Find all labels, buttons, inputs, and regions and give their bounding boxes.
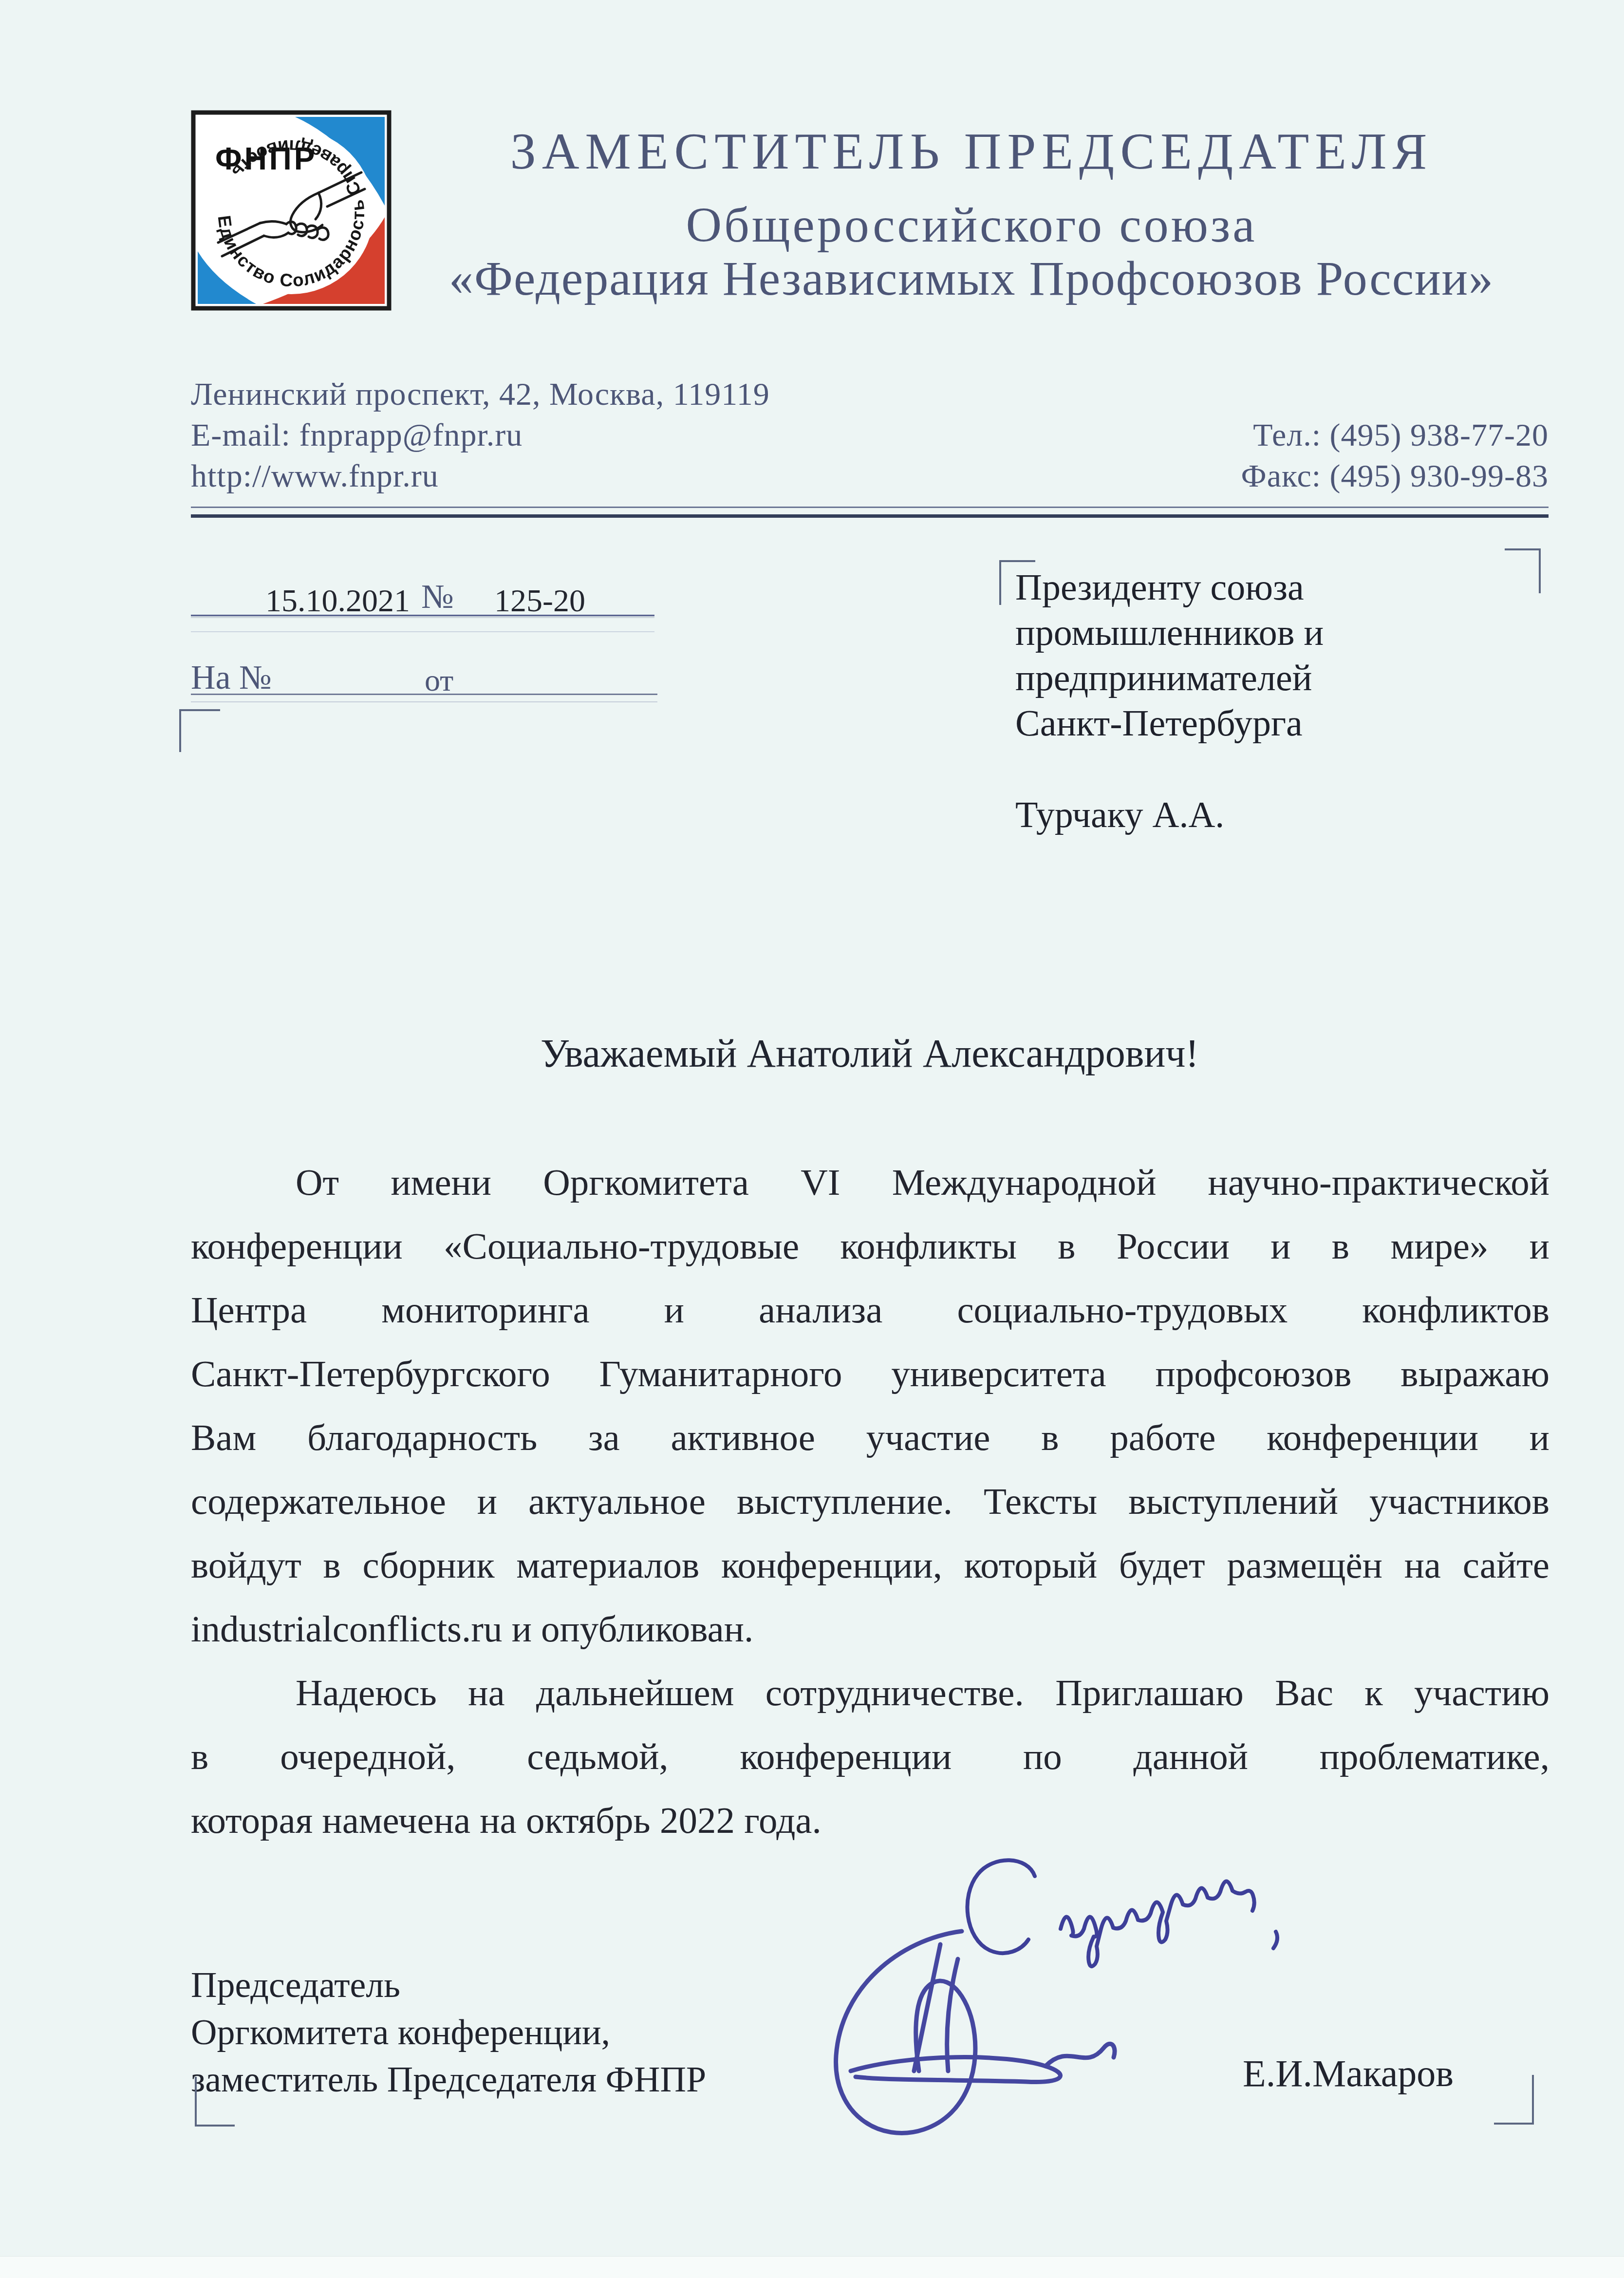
scan-edge-band	[0, 2256, 1624, 2278]
reply-underline	[191, 694, 657, 695]
recipient-line: Санкт-Петербурга	[1015, 701, 1527, 746]
recipient-block: Президенту союза промышленников и предпр…	[1015, 565, 1527, 746]
body-line: industrialconflicts.ru и опубликован.	[191, 1597, 1549, 1661]
body-line: Вам благодарность за активное участие в …	[191, 1406, 1549, 1469]
number-sign: №	[421, 578, 454, 617]
signer-name: Е.И.Макаров	[1243, 2052, 1454, 2095]
body-line: войдут в сборник материалов конференции,…	[191, 1533, 1549, 1597]
signature-scribble	[752, 1909, 1142, 2158]
body-line: конференции «Социально-трудовые конфликт…	[191, 1214, 1549, 1278]
body-line: Санкт-Петербургского Гуманитарного униве…	[191, 1342, 1549, 1406]
body-line: которая намечена на октябрь 2022 года.	[191, 1789, 1549, 1852]
postal-address: Ленинский проспект, 42, Москва, 119119	[191, 376, 770, 413]
from-label: от	[425, 662, 453, 698]
recipient-name: Турчаку А.А.	[1015, 794, 1224, 836]
reply-to-label: На №	[191, 659, 272, 697]
letter-date: 15.10.2021	[265, 583, 410, 620]
letter-number: 125-20	[494, 583, 585, 620]
phone-line: Тел.: (495) 938-77-20	[1253, 417, 1549, 454]
date-underline	[191, 615, 654, 618]
signer-title-line: заместитель Председателя ФНПР	[191, 2056, 706, 2104]
body-line: Центра мониторинга и анализа социально-т…	[191, 1278, 1549, 1342]
signer-title-line: Председатель	[191, 1962, 706, 2009]
body-line: содержательное и актуальное выступление.…	[191, 1469, 1549, 1533]
letterhead-subtitle: Общероссийского союза	[390, 197, 1553, 254]
email-line: E-mail: fnprapp@fnpr.ru	[191, 417, 523, 454]
signer-title-line: Оргкомитета конференции,	[191, 2009, 706, 2056]
website-line: http://www.fnpr.ru	[191, 458, 439, 495]
corner-mark-bottom-right	[1494, 2075, 1534, 2125]
fax-line: Факс: (495) 930-99-83	[1241, 458, 1549, 495]
corner-mark-bottom-left	[195, 2077, 235, 2127]
salutation: Уважаемый Анатолий Александрович!	[191, 1031, 1549, 1076]
fnpr-logo: ФНПР Единство Солидарность Справедливост…	[191, 110, 392, 311]
body-line: Надеюсь на дальнейшем сотрудничестве. Пр…	[191, 1661, 1549, 1725]
letterhead-organization: «Федерация Независимых Профсоюзов России…	[390, 250, 1553, 306]
recipient-line: промышленников и	[1015, 610, 1527, 656]
signer-title-block: Председатель Оргкомитета конференции, за…	[191, 1962, 706, 2104]
recipient-line: Президенту союза	[1015, 565, 1527, 610]
header-rule-thick	[191, 514, 1549, 518]
body-line: в очередной, седьмой, конференции по дан…	[191, 1725, 1549, 1789]
body-line: От имени Оргкомитета VI Международной на…	[191, 1150, 1549, 1214]
date-underline-echo	[191, 631, 654, 632]
recipient-line: предпринимателей	[1015, 656, 1527, 701]
letterhead-title: ЗАМЕСТИТЕЛЬ ПРЕДСЕДАТЕЛЯ	[390, 122, 1553, 181]
letter-body: От имени Оргкомитета VI Международной на…	[191, 1150, 1549, 1852]
letter-page: ФНПР Единство Солидарность Справедливост…	[0, 0, 1624, 2278]
reply-underline-echo	[191, 701, 657, 702]
header-rule-thin	[191, 507, 1549, 508]
corner-mark-top-left	[179, 709, 220, 752]
